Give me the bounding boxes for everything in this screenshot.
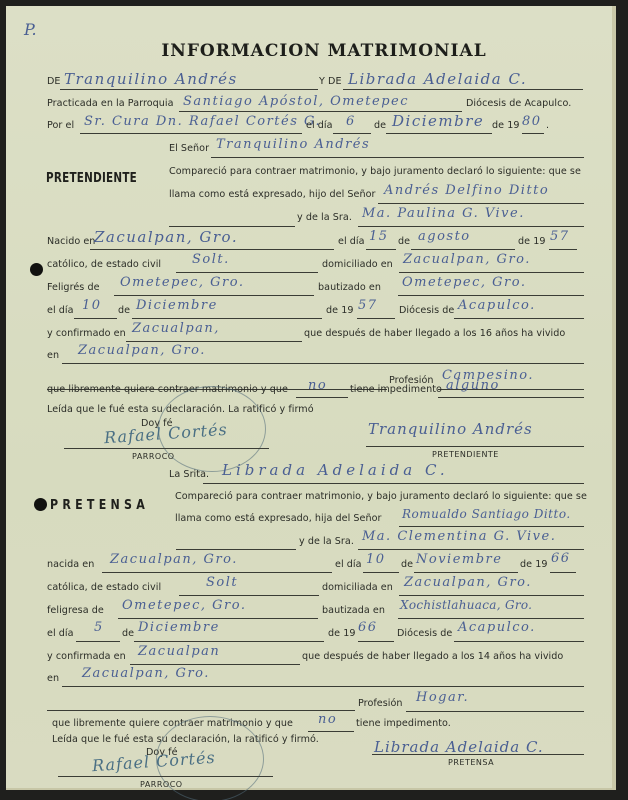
por-el-field[interactable]: Sr. Cura Dn. Rafael Cortés G.	[84, 114, 321, 129]
pretensa-mother-label: y de la Sra.	[299, 536, 354, 547]
pretensa-birthplace-line	[102, 572, 332, 573]
pretensa-sig-line	[372, 754, 584, 755]
pretensa-bapt-year-line	[358, 641, 394, 642]
pretendiente-label: PRETENDIENTE	[432, 450, 499, 459]
birthplace-field[interactable]: Zacualpan, Gro.	[94, 228, 238, 246]
year-prefix: de 19	[518, 236, 546, 247]
year-line	[522, 133, 544, 134]
pretensa-bapt-month-line	[134, 641, 324, 642]
pretensa-civil-label: católica, de estado civil	[47, 582, 161, 593]
pretensa-year-prefix: de 19	[520, 559, 548, 570]
pretensa-bapt-year-prefix: de 19	[328, 628, 356, 639]
bapt-day-line	[74, 318, 117, 319]
bapt-year-line	[357, 318, 395, 319]
civil-line	[176, 272, 318, 273]
pretensa-birth-month-line	[414, 572, 518, 573]
pretendiente-name-line	[211, 157, 584, 158]
punch-hole	[30, 263, 43, 276]
en-label: en	[47, 350, 59, 361]
confirmado-label: y confirmado en	[47, 328, 126, 339]
pretensa-parroco-sig-line	[58, 776, 273, 777]
pretensa-en-label: en	[47, 673, 59, 684]
diocesis-label: Diócesis de	[399, 305, 454, 316]
year-period: .	[546, 120, 549, 131]
pretensa-impedimento-label: tiene impedimento.	[356, 718, 451, 729]
day-field[interactable]: 6	[346, 114, 356, 129]
confirmada-label: y confirmada en	[47, 651, 126, 662]
mother-field[interactable]: Ma. Paulina G. Vive.	[362, 206, 525, 221]
no-line	[296, 397, 348, 398]
bapt-day-field[interactable]: 10	[82, 298, 102, 313]
de-label-2: de	[374, 120, 386, 131]
pretensa-name-field[interactable]: Librada Adelaida C.	[222, 461, 449, 479]
pretensa-no-line	[308, 731, 354, 732]
bautizada-label: bautizada en	[322, 605, 385, 616]
month-field[interactable]: Diciembre	[392, 112, 484, 130]
pretensa-label: PRETENSA	[448, 758, 494, 767]
father-field[interactable]: Andrés Delfino Ditto	[384, 183, 549, 198]
pretensa-diocesis-line	[454, 641, 584, 642]
pretendiente-signature: Tranquilino Andrés	[368, 420, 533, 438]
feligres-field[interactable]: Ometepec, Gro.	[120, 275, 245, 290]
pretensa-bapt-dia-label: el día	[47, 628, 74, 639]
page-title: INFORMACION MATRIMONIAL	[104, 41, 544, 61]
pretensa-birth-year-field[interactable]: 66	[551, 551, 571, 566]
day-line	[333, 133, 371, 134]
confirmado-field[interactable]: Zacualpan,	[132, 321, 220, 336]
birth-day-line	[366, 249, 396, 250]
de-label: DE	[47, 76, 61, 87]
pretensa-bapt-day-line	[76, 641, 120, 642]
pretensa-no-field[interactable]: no	[318, 712, 337, 727]
pretensa-birthplace-field[interactable]: Zacualpan, Gro.	[110, 552, 238, 567]
civil-label: católico, de estado civil	[47, 259, 161, 270]
pretensa-civil-field[interactable]: Solt	[206, 575, 238, 590]
month-line	[386, 133, 492, 134]
feligresa-field[interactable]: Ometepec, Gro.	[122, 598, 247, 613]
pretensa-profesion-prefix-line	[47, 710, 355, 711]
pretensa-profesion-label: Profesión	[358, 698, 403, 709]
bapt-dia-label: el día	[47, 305, 74, 316]
year-field[interactable]: 80	[522, 114, 542, 129]
civil-status-field[interactable]: Solt.	[192, 252, 230, 267]
feligresa-line	[118, 618, 318, 619]
el-dia-label: el día	[338, 236, 365, 247]
pretensa-parroco-label: PARROCO	[140, 780, 183, 789]
impedimento-field[interactable]: alguno	[446, 378, 500, 393]
punch-hole-2	[34, 498, 47, 511]
impedimento-label: tiene impedimento	[350, 384, 442, 395]
vivido-field[interactable]: Zacualpan, Gro.	[78, 343, 206, 358]
pretensa-birth-month-field[interactable]: Noviembre	[416, 552, 502, 567]
confirmada-line	[130, 664, 300, 665]
page-mark: P.	[24, 20, 37, 39]
el-dia-label: el día	[306, 120, 333, 131]
document-page: P. INFORMACION MATRIMONIAL DE Tranquilin…	[6, 6, 616, 790]
pretensa-father-line	[399, 526, 584, 527]
pretensa-domicilio-field[interactable]: Zacualpan, Gro.	[404, 575, 532, 590]
feligres-line	[114, 295, 314, 296]
pretendiente-name-field[interactable]: Tranquilino Andrés	[216, 137, 370, 152]
parroco-label: PARROCO	[132, 452, 175, 461]
pretensa-profesion-line	[406, 711, 584, 712]
year-prefix: de 19	[492, 120, 520, 131]
nacido-label: Nacido en	[47, 236, 95, 247]
pretensa-despues-text: que después de haber llegado a los 14 añ…	[302, 651, 563, 662]
birth-year-line	[549, 249, 577, 250]
birth-month-field[interactable]: agosto	[418, 229, 471, 244]
el-senor-label: El Señor	[169, 143, 209, 154]
bautizado-line	[398, 295, 584, 296]
diocesis-line	[454, 318, 584, 319]
despues-text: que después de haber llegado a los 16 añ…	[304, 328, 565, 339]
confirmado-line	[126, 341, 302, 342]
hijo-label: llama como está expresado, hijo del Seño…	[169, 189, 376, 200]
pretensa-de-label: de	[401, 559, 413, 570]
bapt-year-field[interactable]: 57	[358, 298, 378, 313]
bautizada-line	[398, 618, 584, 619]
pretensa-father-field[interactable]: Romualdo Santiago Ditto.	[402, 507, 571, 521]
bautizado-field[interactable]: Ometepec, Gro.	[402, 275, 527, 290]
father-line	[378, 203, 584, 204]
bautizado-label: bautizado en	[318, 282, 381, 293]
pretensa-bapt-year-field[interactable]: 66	[358, 620, 378, 635]
feligresa-label: feligresa de	[47, 605, 104, 616]
pretensa-birth-day-line	[363, 572, 399, 573]
no-field[interactable]: no	[308, 378, 327, 393]
parroquia-field[interactable]: Santiago Apóstol, Ometepec	[183, 94, 409, 109]
confirmada-field[interactable]: Zacualpan	[138, 644, 220, 659]
libremente-text: que libremente quiere contraer matrimoni…	[47, 384, 288, 395]
pretendiente-sig-line	[366, 446, 584, 447]
mother-prefix-line	[169, 226, 295, 227]
pretensa-el-dia-label: el día	[335, 559, 362, 570]
pretensa-bapt-day-field[interactable]: 5	[94, 620, 104, 635]
groom-name-field[interactable]: Tranquilino Andrés	[64, 70, 238, 88]
pretensa-name-line	[203, 483, 584, 484]
parroco-sig-line	[64, 448, 269, 449]
birthplace-line	[90, 249, 334, 250]
por-el-label: Por el	[47, 120, 74, 131]
pretendiente-section-label: PRETENDIENTE	[46, 171, 137, 186]
pretensa-diocesis-label: Diócesis de	[397, 628, 452, 639]
hija-label: llama como está expresado, hija del Seño…	[175, 513, 382, 524]
de-label: de	[398, 236, 410, 247]
comparecio-text-2: Compareció para contraer matrimonio, y b…	[175, 491, 587, 502]
pretensa-bapt-de-label: de	[122, 628, 134, 639]
mother-label: y de la Sra.	[297, 212, 352, 223]
pretensa-bapt-month-field[interactable]: Diciembre	[138, 620, 220, 635]
parroquia-label: Practicada en la Parroquia	[47, 98, 174, 109]
pretensa-mother-prefix-line	[176, 549, 296, 550]
diocesis-text: Diócesis de Acapulco.	[466, 98, 571, 109]
domicilio-line	[399, 272, 584, 273]
birth-month-line	[411, 249, 515, 250]
mother-line	[358, 226, 584, 227]
pretensa-vivido-field[interactable]: Zacualpan, Gro.	[82, 666, 210, 681]
comparecio-text: Compareció para contraer matrimonio, y b…	[169, 166, 581, 177]
domicilio-label: domiciliado en	[322, 259, 393, 270]
pretensa-civil-line	[179, 595, 319, 596]
pretensa-domicilio-line	[399, 595, 584, 596]
bapt-de-label: de	[118, 305, 130, 316]
bapt-year-prefix: de 19	[326, 305, 354, 316]
pretensa-mother-field[interactable]: Ma. Clementina G. Vive.	[362, 529, 556, 544]
pretensa-diocesis-field[interactable]: Acapulco.	[458, 620, 536, 635]
pretensa-birth-year-line	[550, 572, 576, 573]
pretensa-domicilio-label: domiciliada en	[322, 582, 393, 593]
pretensa-profesion-field[interactable]: Hogar.	[416, 690, 469, 705]
diocesis-field[interactable]: Acapulco.	[458, 298, 536, 313]
bapt-month-field[interactable]: Diciembre	[136, 298, 218, 313]
pretensa-birth-day-field[interactable]: 10	[366, 552, 386, 567]
por-el-line	[80, 133, 302, 134]
la-srita-label: La Srita.	[169, 469, 209, 480]
birth-day-field[interactable]: 15	[369, 229, 389, 244]
groom-line	[60, 89, 318, 90]
y-de-label: Y DE	[319, 76, 342, 87]
pretensa-section-label: PRETENSA	[50, 498, 149, 513]
impedimento-line	[438, 397, 584, 398]
bride-line	[343, 89, 583, 90]
vivido-line	[62, 363, 584, 364]
feligres-label: Feligrés de	[47, 282, 100, 293]
bride-name-field[interactable]: Librada Adelaida C.	[348, 70, 527, 88]
domicilio-field[interactable]: Zacualpan, Gro.	[403, 252, 531, 267]
nacida-label: nacida en	[47, 559, 94, 570]
pretensa-mother-line	[358, 549, 584, 550]
pretensa-vivido-line	[62, 686, 584, 687]
bapt-month-line	[132, 318, 322, 319]
bautizada-field[interactable]: Xochistlahuaca, Gro.	[400, 598, 532, 612]
birth-year-field[interactable]: 57	[550, 229, 570, 244]
